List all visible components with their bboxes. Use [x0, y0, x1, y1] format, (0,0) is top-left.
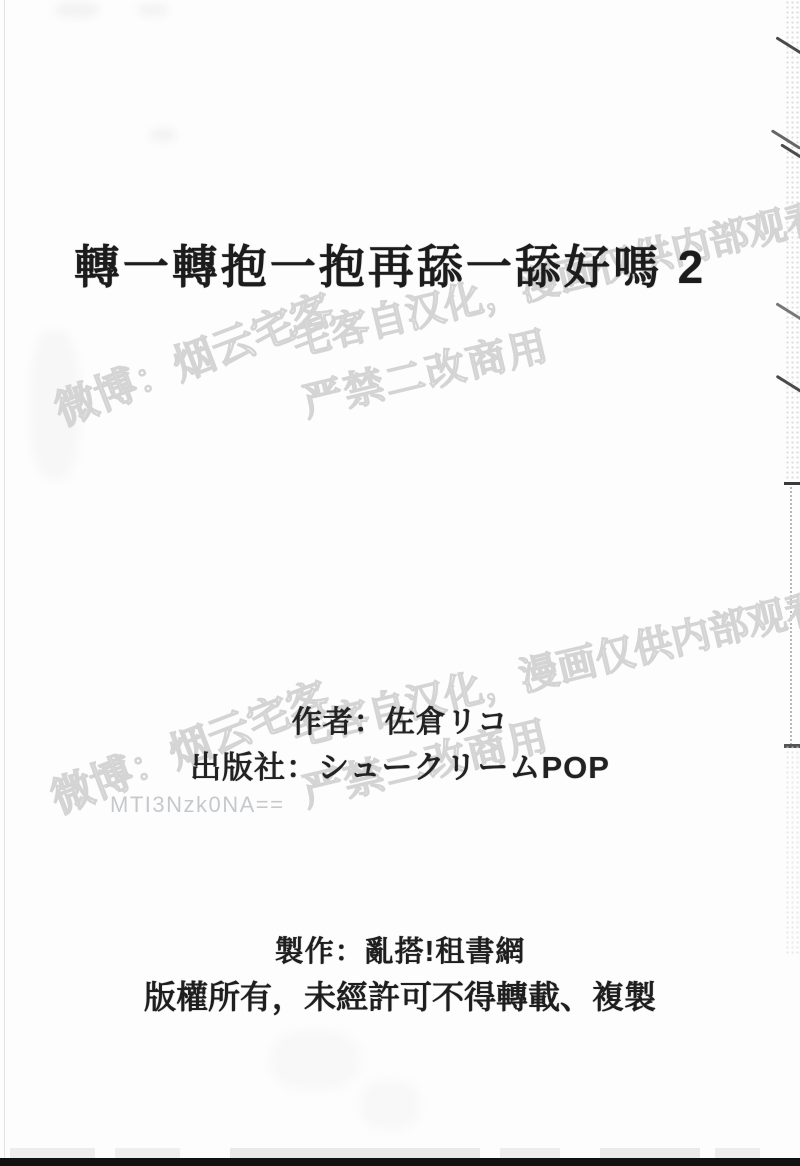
pencil-dash	[775, 302, 800, 320]
scan-smudge	[55, 2, 99, 18]
book-title: 轉一轉抱一抱再舔一舔好嗎 2	[0, 231, 780, 297]
production-block: 製作：亂搭!租書網 版權所有，未經許可不得轉載、複製	[0, 929, 800, 1018]
page-edge-mark	[784, 482, 800, 485]
scan-smudge	[360, 1080, 420, 1130]
publisher-line: 出版社：シュークリームPOP	[0, 742, 800, 787]
scan-smudge	[270, 1030, 360, 1090]
author-line: 作者：佐倉リコ	[0, 697, 800, 741]
scan-smudge	[150, 128, 176, 142]
page-edge-screentone-top	[785, 0, 800, 480]
watermark-weibo: 微博：烟云宅客	[45, 277, 341, 438]
watermark-code: MTI3Nzk0NA==	[110, 792, 285, 818]
scan-smudge	[138, 4, 168, 16]
manga-credits-page: 宅客自汉化，漫画仅供内部观看 严禁二改商用 微博：烟云宅客 宅客自汉化，漫画仅供…	[0, 0, 800, 1166]
pencil-dash	[776, 375, 800, 395]
scan-bottom-gray-blocks	[0, 1148, 800, 1158]
copyright-line: 版權所有，未經許可不得轉載、複製	[0, 972, 800, 1018]
credits-block: 作者：佐倉リコ 出版社：シュークリームPOP	[0, 697, 800, 787]
maker-line: 製作：亂搭!租書網	[0, 929, 800, 970]
scan-bottom-black-bar	[0, 1158, 800, 1166]
scan-smudge	[30, 330, 80, 480]
pencil-dash	[775, 36, 800, 54]
watermark-ban: 严禁二改商用	[296, 314, 554, 428]
